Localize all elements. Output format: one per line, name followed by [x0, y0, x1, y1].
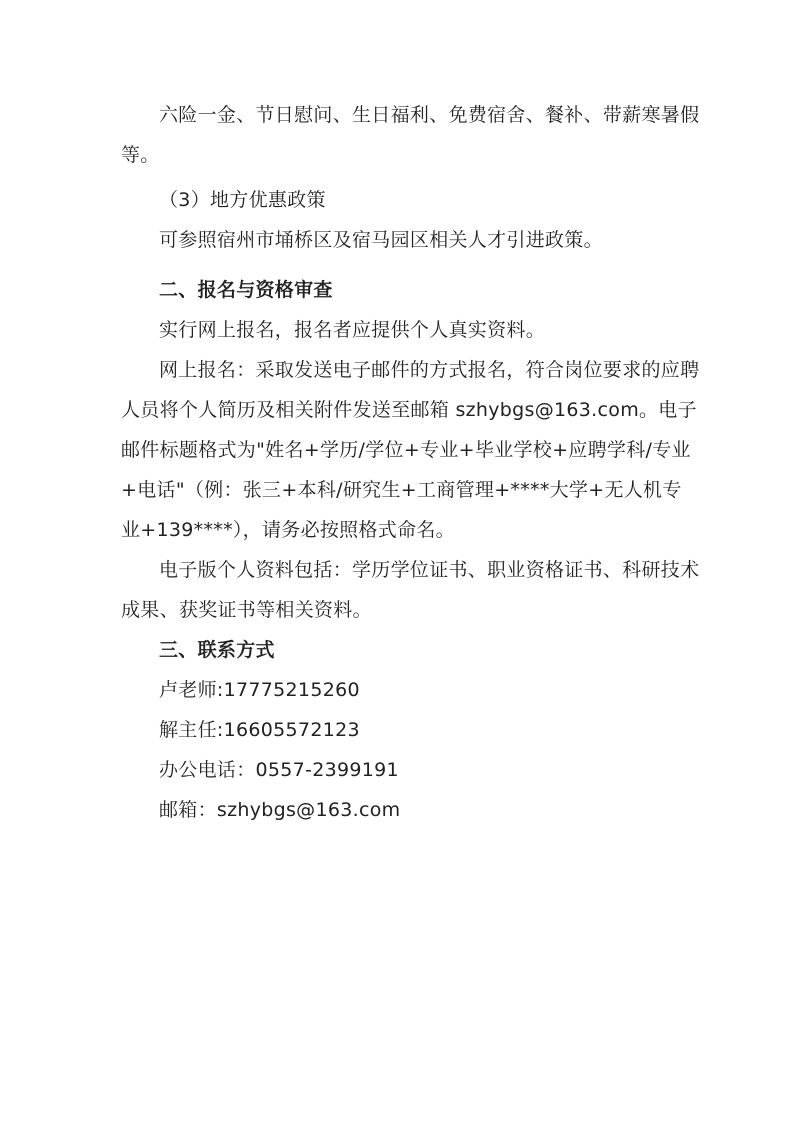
- local-policy-text: 可参照宿州市埇桥区及宿马园区相关人才引进政策。: [159, 220, 603, 260]
- email-registration-line-1: 网上报名：采取发送电子邮件的方式报名，符合岗位要求的应聘: [159, 350, 699, 390]
- contact-office-phone: 办公电话：0557-2399191: [159, 750, 399, 790]
- benefits-paragraph-line-2: 等。: [121, 135, 160, 175]
- contact-lu: 卢老师:17775215260: [159, 670, 360, 710]
- materials-line-2: 成果、获奖证书等相关资料。: [121, 590, 372, 630]
- section-2-heading: 二、报名与资格审查: [159, 270, 333, 310]
- section-3-heading: 三、联系方式: [159, 630, 275, 670]
- email-registration-line-5: 业+139****），请务必按照格式命名。: [121, 510, 455, 550]
- contact-email: 邮箱：szhybgs@163.com: [159, 790, 400, 830]
- email-registration-line-2: 人员将个人简历及相关附件发送至邮箱 szhybgs@163.com。电子: [121, 390, 697, 430]
- contact-xie: 解主任:16605572123: [159, 710, 360, 750]
- benefits-paragraph-line-1: 六险一金、节日慰问、生日福利、免费宿舍、餐补、带薪寒暑假: [159, 95, 699, 135]
- materials-line-1: 电子版个人资料包括：学历学位证书、职业资格证书、科研技术: [159, 550, 699, 590]
- local-policy-heading: （3）地方优惠政策: [159, 180, 326, 220]
- online-registration-text: 实行网上报名，报名者应提供个人真实资料。: [159, 310, 545, 350]
- email-registration-line-3: 邮件标题格式为"姓名+学历/学位+专业+毕业学校+应聘学科/专业: [121, 430, 691, 470]
- email-registration-line-4: +电话"（例：张三+本科/研究生+工商管理+****大学+无人机专: [121, 470, 682, 510]
